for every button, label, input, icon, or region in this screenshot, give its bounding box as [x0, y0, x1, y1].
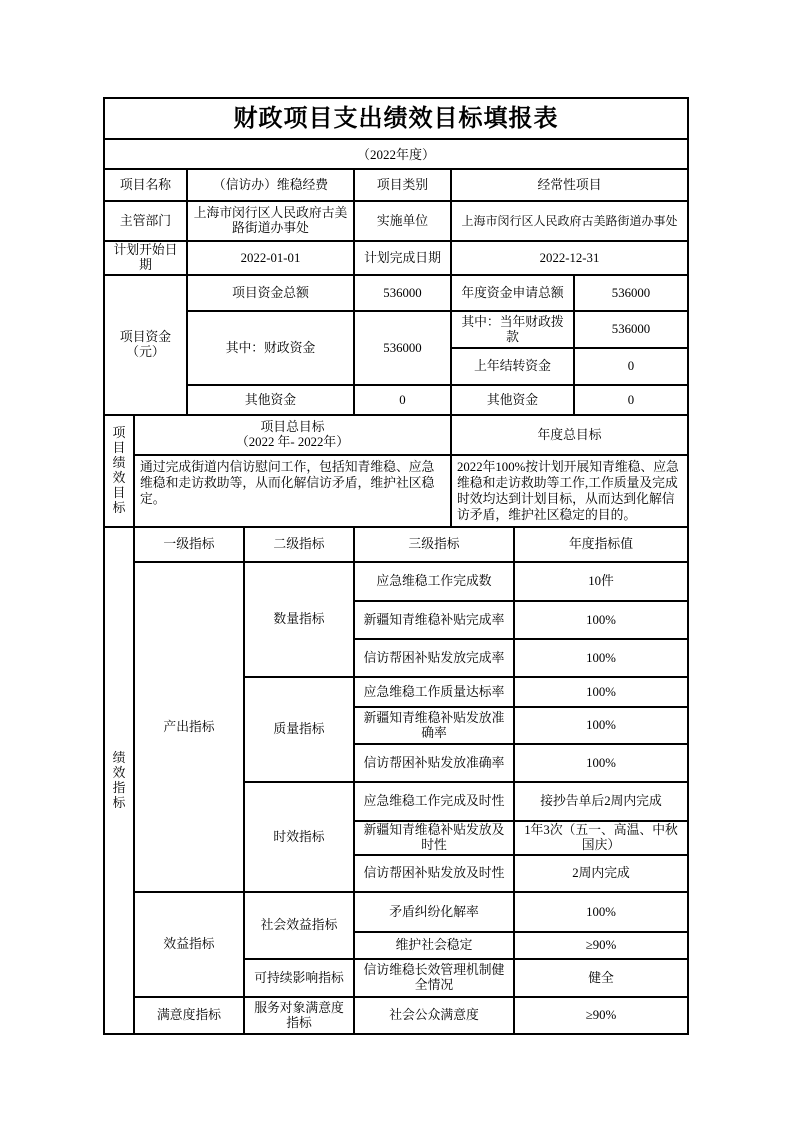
indicator-name: 信访维稳长效管理机制健全情况: [354, 959, 514, 997]
plan-start-date-value: 2022-01-01: [187, 241, 354, 275]
form-title: 财政项目支出绩效目标填报表: [104, 98, 688, 139]
competent-dept-value: 上海市闵行区人民政府古美路街道办事处: [187, 201, 354, 241]
indicator-value: 100%: [514, 892, 688, 932]
goals-annual-header: 年度总目标: [451, 415, 688, 455]
plan-end-date-label: 计划完成日期: [354, 241, 451, 275]
funds-carryover-value: 0: [574, 348, 688, 385]
goals-section-label: 项目 绩效 目标: [104, 415, 134, 527]
indicator-value: 100%: [514, 639, 688, 677]
level2-timeliness: 时效指标: [244, 782, 354, 892]
indicator-name: 信访帮困补贴发放及时性: [354, 855, 514, 892]
form-year-subtitle: （2022年度）: [104, 139, 688, 169]
indicator-value: 健全: [514, 959, 688, 997]
indicators-header-level3: 三级指标: [354, 527, 514, 562]
implementing-unit-value: 上海市闵行区人民政府古美路街道办事处: [451, 201, 688, 241]
indicator-value: 100%: [514, 677, 688, 707]
indicator-value: ≥90%: [514, 997, 688, 1034]
indicator-value: 2周内完成: [514, 855, 688, 892]
funds-other-left-label: 其他资金: [187, 385, 354, 415]
level1-benefit: 效益指标: [134, 892, 244, 997]
level2-quantity: 数量指标: [244, 562, 354, 677]
funds-total-label: 项目资金总额: [187, 275, 354, 311]
performance-target-form: 财政项目支出绩效目标填报表 （2022年度） 项目名称 （信访办）维稳经费 项目…: [103, 97, 689, 1035]
funds-total-value: 536000: [354, 275, 451, 311]
indicator-value: 1年3次（五一、高温、中秋国庆）: [514, 821, 688, 855]
indicator-name: 应急维稳工作完成数: [354, 562, 514, 601]
indicator-name: 新疆知青维稳补贴发放及时性: [354, 821, 514, 855]
indicator-value: 10件: [514, 562, 688, 601]
funds-current-alloc-value: 536000: [574, 311, 688, 348]
funds-annual-request-label: 年度资金申请总额: [451, 275, 574, 311]
funds-other-right-value: 0: [574, 385, 688, 415]
indicator-value: 接抄告单后2周内完成: [514, 782, 688, 821]
indicators-header-level1: 一级指标: [134, 527, 244, 562]
indicator-name: 信访帮困补贴发放完成率: [354, 639, 514, 677]
project-type-value: 经常性项目: [451, 169, 688, 201]
indicators-header-level2: 二级指标: [244, 527, 354, 562]
project-name-value: （信访办）维稳经费: [187, 169, 354, 201]
indicator-value: 100%: [514, 744, 688, 782]
plan-end-date-value: 2022-12-31: [451, 241, 688, 275]
indicator-name: 应急维稳工作完成及时性: [354, 782, 514, 821]
indicator-name: 新疆知青维稳补贴完成率: [354, 601, 514, 639]
indicators-section-label: 绩效 指标: [104, 527, 134, 1034]
funds-other-left-value: 0: [354, 385, 451, 415]
indicator-value: 100%: [514, 601, 688, 639]
indicator-name: 矛盾纠纷化解率: [354, 892, 514, 932]
funds-section-label: 项目资金 （元）: [104, 275, 187, 415]
level2-social-benefit: 社会效益指标: [244, 892, 354, 959]
plan-start-date-label: 计划开始日期: [104, 241, 187, 275]
implementing-unit-label: 实施单位: [354, 201, 451, 241]
project-type-label: 项目类别: [354, 169, 451, 201]
goals-total-text: 通过完成街道内信访慰问工作，包括知青维稳、应急维稳和走访救助等，从而化解信访矛盾…: [134, 455, 451, 527]
level1-output: 产出指标: [134, 562, 244, 892]
funds-carryover-label: 上年结转资金: [451, 348, 574, 385]
indicator-name: 应急维稳工作质量达标率: [354, 677, 514, 707]
level1-satisfaction: 满意度指标: [134, 997, 244, 1034]
project-name-label: 项目名称: [104, 169, 187, 201]
indicator-name: 新疆知青维稳补贴发放准确率: [354, 707, 514, 744]
goals-annual-text: 2022年100%按计划开展知青维稳、应急维稳和走访救助等工作,工作质量及完成时…: [451, 455, 688, 527]
indicator-name: 信访帮困补贴发放准确率: [354, 744, 514, 782]
funds-current-alloc-label: 其中：当年财政拨款: [451, 311, 574, 348]
indicator-value: 100%: [514, 707, 688, 744]
level2-sustainable-impact: 可持续影响指标: [244, 959, 354, 997]
indicators-header-value: 年度指标值: [514, 527, 688, 562]
indicator-value: ≥90%: [514, 932, 688, 959]
funds-fiscal-value: 536000: [354, 311, 451, 385]
funds-other-right-label: 其他资金: [451, 385, 574, 415]
indicator-name: 维护社会稳定: [354, 932, 514, 959]
indicator-name: 社会公众满意度: [354, 997, 514, 1034]
document-page: 财政项目支出绩效目标填报表 （2022年度） 项目名称 （信访办）维稳经费 项目…: [0, 0, 793, 1122]
funds-annual-request-value: 536000: [574, 275, 688, 311]
level2-quality: 质量指标: [244, 677, 354, 782]
level2-service-satisfaction: 服务对象满意度指标: [244, 997, 354, 1034]
funds-fiscal-label: 其中：财政资金: [187, 311, 354, 385]
competent-dept-label: 主管部门: [104, 201, 187, 241]
goals-total-header: 项目总目标 （2022 年- 2022年）: [134, 415, 451, 455]
